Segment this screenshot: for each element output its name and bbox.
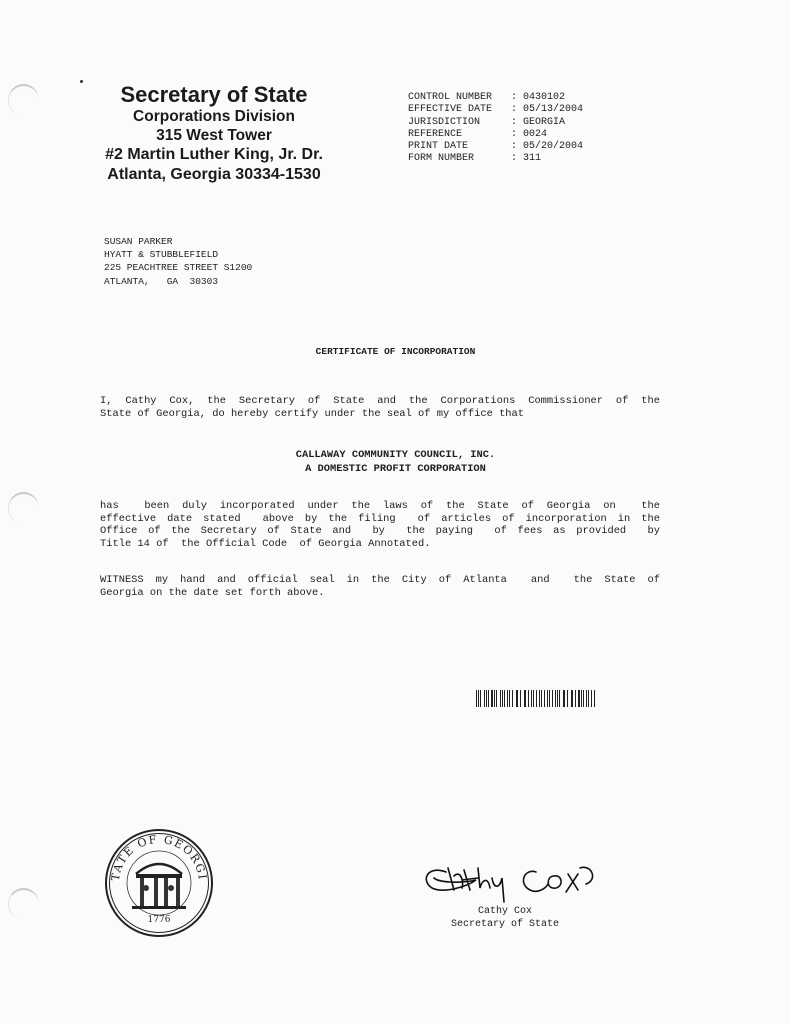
barcode [476,690,596,707]
body-paragraph: has been duly incorporated under the law… [100,500,660,550]
building: 315 West Tower [100,126,328,145]
svg-text:STATE OF GEORGIA: STATE OF GEORGIA [104,828,209,882]
reference: 0024 [523,129,547,140]
recipient-city: ATLANTA, GA 30303 [104,275,252,288]
filing-info-row: PRINT DATE: 05/20/2004 [408,141,583,153]
division-name: Corporations Division [100,107,328,126]
effective-date: 05/13/2004 [523,104,583,115]
filing-info: CONTROL NUMBER: 0430102 EFFECTIVE DATE: … [408,92,583,166]
form-number: 311 [523,153,541,164]
recipient-firm: HYATT & STUBBLEFIELD [104,248,252,261]
street-address: #2 Martin Luther King, Jr. Dr. [100,145,328,165]
state-seal-icon: STATE OF GEORGIA 1776 [104,828,214,938]
signature [418,850,608,905]
entity-name: CALLAWAY COMMUNITY COUNCIL, INC. [0,448,791,462]
filing-info-row: CONTROL NUMBER: 0430102 [408,92,583,104]
certificate-title: CERTIFICATE OF INCORPORATION [0,346,791,357]
city-address: Atlanta, Georgia 30334-1530 [100,165,328,185]
signatory-name: Cathy Cox [430,905,580,918]
recipient-address: SUSAN PARKER HYATT & STUBBLEFIELD 225 PE… [104,235,252,288]
filing-info-row: JURISDICTION: GEORGIA [408,117,583,129]
jurisdiction: GEORGIA [523,117,565,128]
scan-speck [80,80,83,83]
letterhead: Secretary of State Corporations Division… [100,82,328,185]
intro-paragraph: I, Cathy Cox, the Secretary of State and… [100,395,660,420]
control-number: 0430102 [523,92,565,103]
filing-info-row: REFERENCE: 0024 [408,129,583,141]
entity-type: A DOMESTIC PROFIT CORPORATION [0,462,791,476]
recipient-name: SUSAN PARKER [104,235,252,248]
witness-paragraph: WITNESS my hand and official seal in the… [100,574,660,599]
recipient-street: 225 PEACHTREE STREET S1200 [104,261,252,274]
entity-block: CALLAWAY COMMUNITY COUNCIL, INC. A DOMES… [0,448,791,476]
signatory-title: Secretary of State [430,918,580,931]
certificate-page: Secretary of State Corporations Division… [0,0,791,1024]
punch-hole-mark [8,888,39,920]
punch-hole-mark [8,492,39,524]
punch-hole-mark [8,84,39,116]
svg-text:1776: 1776 [148,915,171,925]
signatory-block: Cathy Cox Secretary of State [430,905,580,931]
office-name: Secretary of State [100,82,328,107]
filing-info-row: EFFECTIVE DATE: 05/13/2004 [408,104,583,116]
filing-info-row: FORM NUMBER: 311 [408,153,583,165]
print-date: 05/20/2004 [523,141,583,152]
